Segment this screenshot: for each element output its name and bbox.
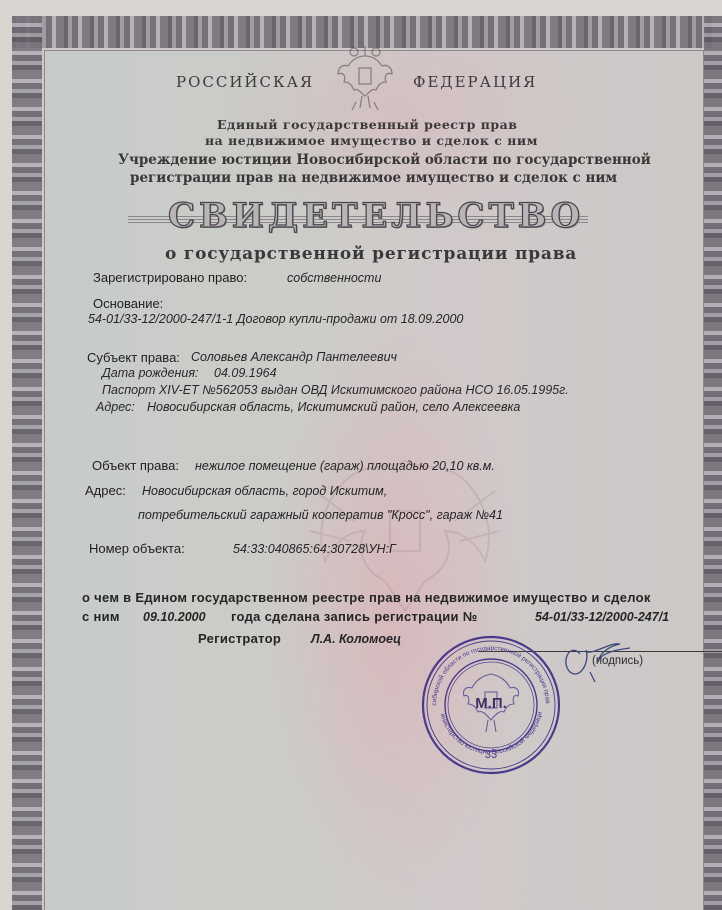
registration-record-number: 54-01/33-12/2000-247/1 bbox=[535, 610, 669, 624]
registration-date: 09.10.2000 bbox=[143, 610, 206, 624]
passport-info: Паспорт XIV-ЕТ №562053 выдан ОВД Искитим… bbox=[102, 383, 569, 397]
registration-text-line-2: года сделана запись регистрации № bbox=[231, 609, 478, 624]
subject-label: Субъект права: bbox=[87, 350, 180, 365]
object-value: нежилое помещение (гараж) площадью 20,10… bbox=[195, 459, 495, 473]
registrar-name: Л.А. Коломоец bbox=[311, 632, 401, 646]
certificate-title: СВИДЕТЕЛЬСТВО bbox=[168, 196, 584, 236]
subject-name: Соловьев Александр Пантелеевич bbox=[191, 350, 397, 364]
object-address-line-2: потребительский гаражный кооператив "Кро… bbox=[138, 508, 503, 522]
registered-right-value: собственности bbox=[287, 271, 381, 285]
birth-date-label: Дата рождения: bbox=[102, 366, 199, 380]
object-label: Объект права: bbox=[92, 458, 179, 473]
header-country-left: РОССИЙСКАЯ bbox=[176, 73, 314, 91]
basis-label: Основание: bbox=[93, 296, 163, 311]
basis-value: 54-01/33-12/2000-247/1-1 Договор купли-п… bbox=[88, 312, 463, 326]
object-address-label: Адрес: bbox=[85, 483, 126, 498]
signature-caption: (подпись) bbox=[592, 655, 643, 667]
institution-line-2: регистрации прав на недвижимое имущество… bbox=[130, 170, 617, 186]
subject-address-value: Новосибирская область, Искитимский район… bbox=[147, 400, 520, 414]
object-number-value: 54:33:040865:64:30728\УН:Г bbox=[233, 542, 396, 556]
ornamental-border-left bbox=[12, 16, 42, 910]
official-stamp-icon: М.П. 33 Учреждение юстиции Новосибирской… bbox=[418, 634, 564, 776]
birth-date-value: 04.09.1964 bbox=[214, 366, 277, 380]
object-address-line-1: Новосибирская область, город Искитим, bbox=[142, 484, 387, 498]
header-country-right: ФЕДЕРАЦИЯ bbox=[413, 73, 537, 91]
registrar-label: Регистратор bbox=[198, 631, 281, 646]
registry-line-1: Единый государственный реестр прав bbox=[217, 117, 517, 132]
ornamental-border-right bbox=[704, 16, 722, 910]
coat-of-arms-icon bbox=[334, 42, 396, 114]
object-number-label: Номер объекта: bbox=[89, 541, 185, 556]
registration-with-it: с ним bbox=[82, 609, 120, 624]
svg-text:М.П.: М.П. bbox=[475, 695, 507, 712]
registration-text-line-1: о чем в Едином государственном реестре п… bbox=[82, 590, 651, 605]
registered-right-label: Зарегистрировано право: bbox=[93, 270, 247, 285]
institution-line-1: Учреждение юстиции Новосибирской области… bbox=[118, 152, 651, 168]
certificate-subtitle: о государственной регистрации права bbox=[165, 244, 577, 264]
registry-line-2: на недвижимое имущество и сделок с ним bbox=[205, 133, 538, 148]
subject-address-label: Адрес: bbox=[96, 400, 135, 414]
